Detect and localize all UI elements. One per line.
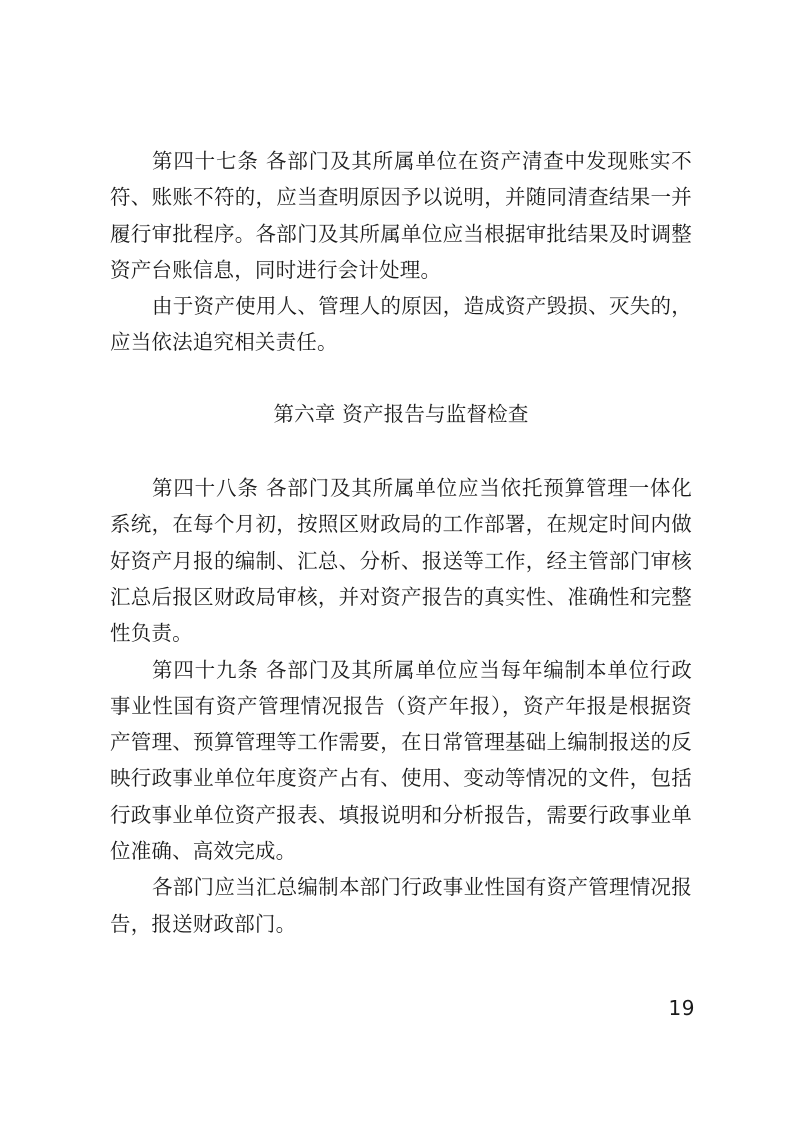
document-page: 第四十七条 各部门及其所属单位在资产清查中发现账实不符、账账不符的，应当查明原因… [0, 0, 793, 1122]
page-number: 19 [669, 996, 695, 1020]
chapter-title: 第六章 资产报告与监督检查 [110, 396, 692, 432]
article-48-paragraph: 第四十八条 各部门及其所属单位应当依托预算管理一体化系统，在每个月初，按照区财政… [110, 470, 692, 651]
department-report-paragraph: 各部门应当汇总编制本部门行政事业性国有资产管理情况报告，报送财政部门。 [110, 869, 692, 942]
liability-paragraph: 由于资产使用人、管理人的原因，造成资产毁损、灭失的，应当依法追究相关责任。 [110, 288, 692, 361]
document-body: 第四十七条 各部门及其所属单位在资产清查中发现账实不符、账账不符的，应当查明原因… [110, 143, 692, 942]
article-47-paragraph: 第四十七条 各部门及其所属单位在资产清查中发现账实不符、账账不符的，应当查明原因… [110, 143, 692, 288]
article-49-paragraph: 第四十九条 各部门及其所属单位应当每年编制本单位行政事业性国有资产管理情况报告（… [110, 652, 692, 870]
